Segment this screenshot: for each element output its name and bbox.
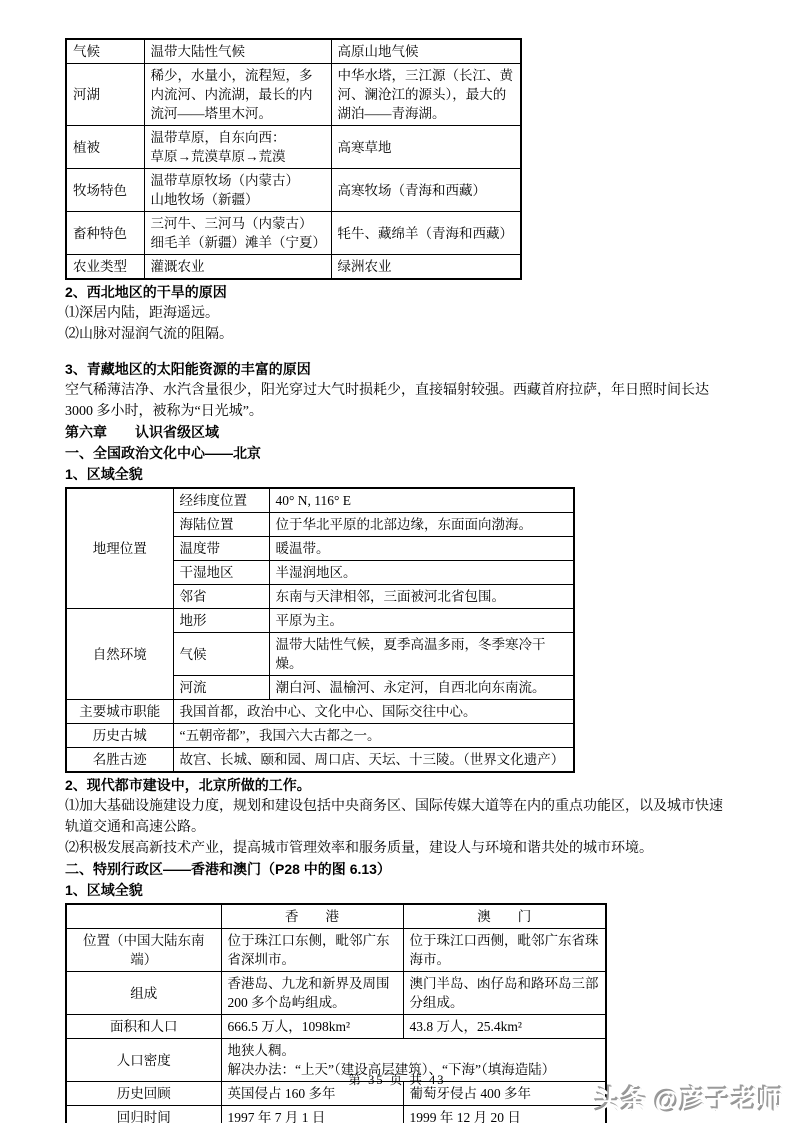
row-label: 河湖	[66, 64, 144, 126]
table-row: 河湖 稀少，水量小，流程短，多内流河、内流湖，最长的内流河——塔里木河。 中华水…	[66, 64, 521, 126]
macau-cell: 1999 年 12 月 20 日	[403, 1106, 606, 1123]
section-bjwork-line2: ⑵积极发展高新技术产业，提高城市管理效率和服务质量，建设人与环境和谐共处的城市环…	[65, 838, 730, 859]
northwest-cell: 三河牛、三河马（内蒙古） 细毛羊（新疆）滩羊（宁夏）	[144, 212, 331, 255]
sub-label: 邻省	[173, 585, 269, 609]
sub-label: 河流	[173, 676, 269, 700]
empty-header-cell	[66, 904, 221, 929]
hkmo-section-title: 二、特别行政区——香港和澳门（P28 中的图 6.13）	[65, 859, 730, 880]
row-label: 植被	[66, 126, 144, 169]
row-label: 名胜古迹	[66, 748, 173, 773]
row-label: 农业类型	[66, 255, 144, 280]
northwest-cell: 温带草原牧场（内蒙古） 山地牧场（新疆）	[144, 169, 331, 212]
hkmo-overview-subtitle: 1、区域全貌	[65, 880, 730, 901]
table-row: 回归时间 1997 年 7 月 1 日 1999 年 12 月 20 日	[66, 1106, 606, 1123]
sub-label: 干湿地区	[173, 561, 269, 585]
table-row: 农业类型 灌溉农业 绿洲农业	[66, 255, 521, 280]
hongkong-cell: 位于珠江口东侧，毗邻广东省深圳市。	[221, 929, 403, 972]
section-solar-body: 空气稀薄洁净、水汽含量很少，阳光穿过大气时损耗少，直接辐射较强。西藏首府拉萨，年…	[65, 380, 730, 422]
sub-label: 温度带	[173, 537, 269, 561]
value-cell: “五朝帝都”，我国六大古都之一。	[173, 724, 574, 748]
table-row: 名胜古迹 故宫、长城、颐和园、周口店、天坛、十三陵。（世界文化遗产）	[66, 748, 574, 773]
macau-cell: 澳门半岛、凼仔岛和路环岛三部分组成。	[403, 972, 606, 1015]
table-row: 自然环境 地形 平原为主。	[66, 609, 574, 633]
row-label: 组成	[66, 972, 221, 1015]
hongkong-cell: 香港岛、九龙和新界及周围 200 多个岛屿组成。	[221, 972, 403, 1015]
row-label: 回归时间	[66, 1106, 221, 1123]
table-row: 面积和人口 666.5 万人，1098km² 43.8 万人，25.4km²	[66, 1015, 606, 1039]
macau-header: 澳 门	[403, 904, 606, 929]
table-row: 位置（中国大陆东南端） 位于珠江口东侧，毗邻广东省深圳市。 位于珠江口西侧，毗邻…	[66, 929, 606, 972]
chapter6-title: 第六章 认识省级区域	[65, 422, 730, 443]
beijing-overview-table: 地理位置 经纬度位置 40° N, 116° E 海陆位置 位于华北平原的北部边…	[65, 487, 575, 773]
row-label: 面积和人口	[66, 1015, 221, 1039]
hongkong-header: 香 港	[221, 904, 403, 929]
value-cell: 暖温带。	[269, 537, 574, 561]
value-cell: 位于华北平原的北部边缘，东面面向渤海。	[269, 513, 574, 537]
macau-cell: 43.8 万人，25.4km²	[403, 1015, 606, 1039]
value-cell: 东南与天津相邻，三面被河北省包围。	[269, 585, 574, 609]
qingzang-cell: 绿洲农业	[331, 255, 521, 280]
qingzang-cell: 高寒草地	[331, 126, 521, 169]
qingzang-cell: 高寒牧场（青海和西藏）	[331, 169, 521, 212]
northwest-cell: 温带草原，自东向西： 草原→荒漠草原→荒漠	[144, 126, 331, 169]
row-label: 畜种特色	[66, 212, 144, 255]
section-bjwork-line1: ⑴加大基础设施建设力度，规划和建设包括中央商务区、国际传媒大道等在内的重点功能区…	[65, 796, 730, 838]
value-cell: 平原为主。	[269, 609, 574, 633]
table-row: 地理位置 经纬度位置 40° N, 116° E	[66, 488, 574, 513]
macau-cell: 位于珠江口西侧，毗邻广东省珠海市。	[403, 929, 606, 972]
beijing-section-title: 一、全国政治文化中心——北京	[65, 443, 730, 464]
beijing-overview-subtitle: 1、区域全貌	[65, 464, 730, 485]
table-row: 组成 香港岛、九龙和新界及周围 200 多个岛屿组成。 澳门半岛、凼仔岛和路环岛…	[66, 972, 606, 1015]
section-solar-title: 3、青藏地区的太阳能资源的丰富的原因	[65, 359, 730, 380]
northwest-cell: 灌溉农业	[144, 255, 331, 280]
document-page: 气候 温带大陆性气候 高原山地气候 河湖 稀少，水量小，流程短，多内流河、内流湖…	[0, 0, 794, 1123]
group-label-nature: 自然环境	[66, 609, 173, 700]
hkmo-table: 香 港 澳 门 位置（中国大陆东南端） 位于珠江口东侧，毗邻广东省深圳市。 位于…	[65, 903, 607, 1123]
row-label: 气候	[66, 39, 144, 64]
qingzang-cell: 中华水塔，三江源（长江、黄河、澜沧江的源头），最大的湖泊——青海湖。	[331, 64, 521, 126]
hongkong-cell: 1997 年 7 月 1 日	[221, 1106, 403, 1123]
northwest-cell: 温带大陆性气候	[144, 39, 331, 64]
qingzang-cell: 牦牛、藏绵羊（青海和西藏）	[331, 212, 521, 255]
value-cell: 40° N, 116° E	[269, 488, 574, 513]
value-cell: 半湿润地区。	[269, 561, 574, 585]
value-cell: 潮白河、温榆河、永定河，自西北向东南流。	[269, 676, 574, 700]
value-cell: 温带大陆性气候，夏季高温多雨，冬季寒冷干燥。	[269, 633, 574, 676]
sub-label: 经纬度位置	[173, 488, 269, 513]
section-dry-line2: ⑵山脉对湿润气流的阻隔。	[65, 324, 730, 345]
northwest-cell: 稀少，水量小，流程短，多内流河、内流湖，最长的内流河——塔里木河。	[144, 64, 331, 126]
group-label-geography: 地理位置	[66, 488, 173, 609]
table-row: 畜种特色 三河牛、三河马（内蒙古） 细毛羊（新疆）滩羊（宁夏） 牦牛、藏绵羊（青…	[66, 212, 521, 255]
sub-label: 气候	[173, 633, 269, 676]
table-row: 牧场特色 温带草原牧场（内蒙古） 山地牧场（新疆） 高寒牧场（青海和西藏）	[66, 169, 521, 212]
watermark: 头条 @彦子老师	[595, 1080, 784, 1117]
table-row: 植被 温带草原，自东向西： 草原→荒漠草原→荒漠 高寒草地	[66, 126, 521, 169]
value-cell: 我国首都，政治中心、文化中心、国际交往中心。	[173, 700, 574, 724]
section-dry-title: 2、西北地区的干旱的原因	[65, 282, 730, 303]
table-header-row: 香 港 澳 门	[66, 904, 606, 929]
row-label: 牧场特色	[66, 169, 144, 212]
section-dry-line1: ⑴深居内陆，距海遥远。	[65, 303, 730, 324]
spacer	[65, 345, 730, 359]
row-label: 位置（中国大陆东南端）	[66, 929, 221, 972]
northwest-qingzang-table: 气候 温带大陆性气候 高原山地气候 河湖 稀少，水量小，流程短，多内流河、内流湖…	[65, 38, 522, 280]
sub-label: 海陆位置	[173, 513, 269, 537]
hongkong-cell: 666.5 万人，1098km²	[221, 1015, 403, 1039]
qingzang-cell: 高原山地气候	[331, 39, 521, 64]
table-row: 主要城市职能 我国首都，政治中心、文化中心、国际交往中心。	[66, 700, 574, 724]
row-label: 主要城市职能	[66, 700, 173, 724]
value-cell: 故宫、长城、颐和园、周口店、天坛、十三陵。（世界文化遗产）	[173, 748, 574, 773]
section-bjwork-title: 2、现代都市建设中，北京所做的工作。	[65, 775, 730, 796]
sub-label: 地形	[173, 609, 269, 633]
table-row: 气候 温带大陆性气候 高原山地气候	[66, 39, 521, 64]
row-label: 历史古城	[66, 724, 173, 748]
table-row: 历史古城 “五朝帝都”，我国六大古都之一。	[66, 724, 574, 748]
